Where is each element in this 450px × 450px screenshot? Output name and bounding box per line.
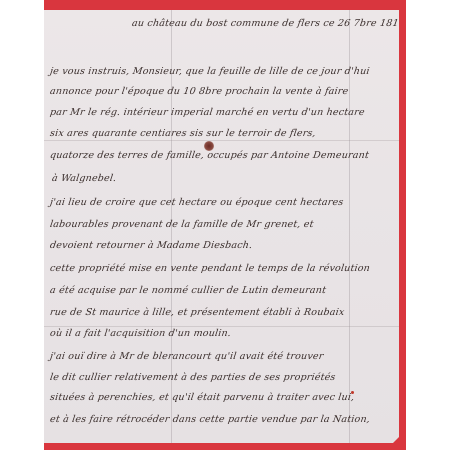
letter-line: j'ai lieu de croire que cet hectare ou é… [49, 197, 344, 208]
letter-line: le dit cullier relativement à des partie… [49, 372, 336, 383]
letter-line: je vous instruis, Monsieur, que la feuil… [49, 66, 370, 77]
letter-line: rue de St maurice à lille, et présenteme… [49, 307, 345, 318]
letter-line: a été acquise par le nommé cullier de Lu… [49, 285, 327, 296]
letter-line: par Mr le rég. intérieur imperial marché… [49, 107, 365, 118]
letter-line: cette propriété mise en vente pendant le… [49, 263, 371, 274]
letter-page: au château du bost commune de flers ce 2… [44, 10, 399, 443]
red-ink-spot [351, 391, 354, 394]
fold-line-horizontal [44, 326, 399, 327]
letter-line: annonce pour l'époque du 10 8bre prochai… [49, 86, 349, 97]
fold-line-horizontal [44, 140, 399, 141]
letter-line: six ares quarante centiares sis sur le t… [49, 128, 316, 139]
letter-line: et à les faire rétrocéder dans cette par… [49, 414, 371, 425]
letter-line: situées à perenchies, et qu'il était par… [49, 392, 355, 403]
letter-line: quatorze des terres de famille, occupés … [49, 150, 369, 161]
ink-blot [204, 141, 214, 151]
letter-line: où il a fait l'acquisition d'un moulin. [49, 328, 232, 339]
letter-line: j'ai ouï dire à Mr de blerancourt qu'il … [49, 351, 324, 362]
letter-line: devoient retourner à Madame Diesbach. [49, 240, 253, 251]
letter-line: à Walgnebel. [51, 173, 117, 184]
letter-line: labourables provenant de la famille de M… [49, 219, 314, 230]
letter-dateline: au château du bost commune de flers ce 2… [131, 18, 399, 29]
